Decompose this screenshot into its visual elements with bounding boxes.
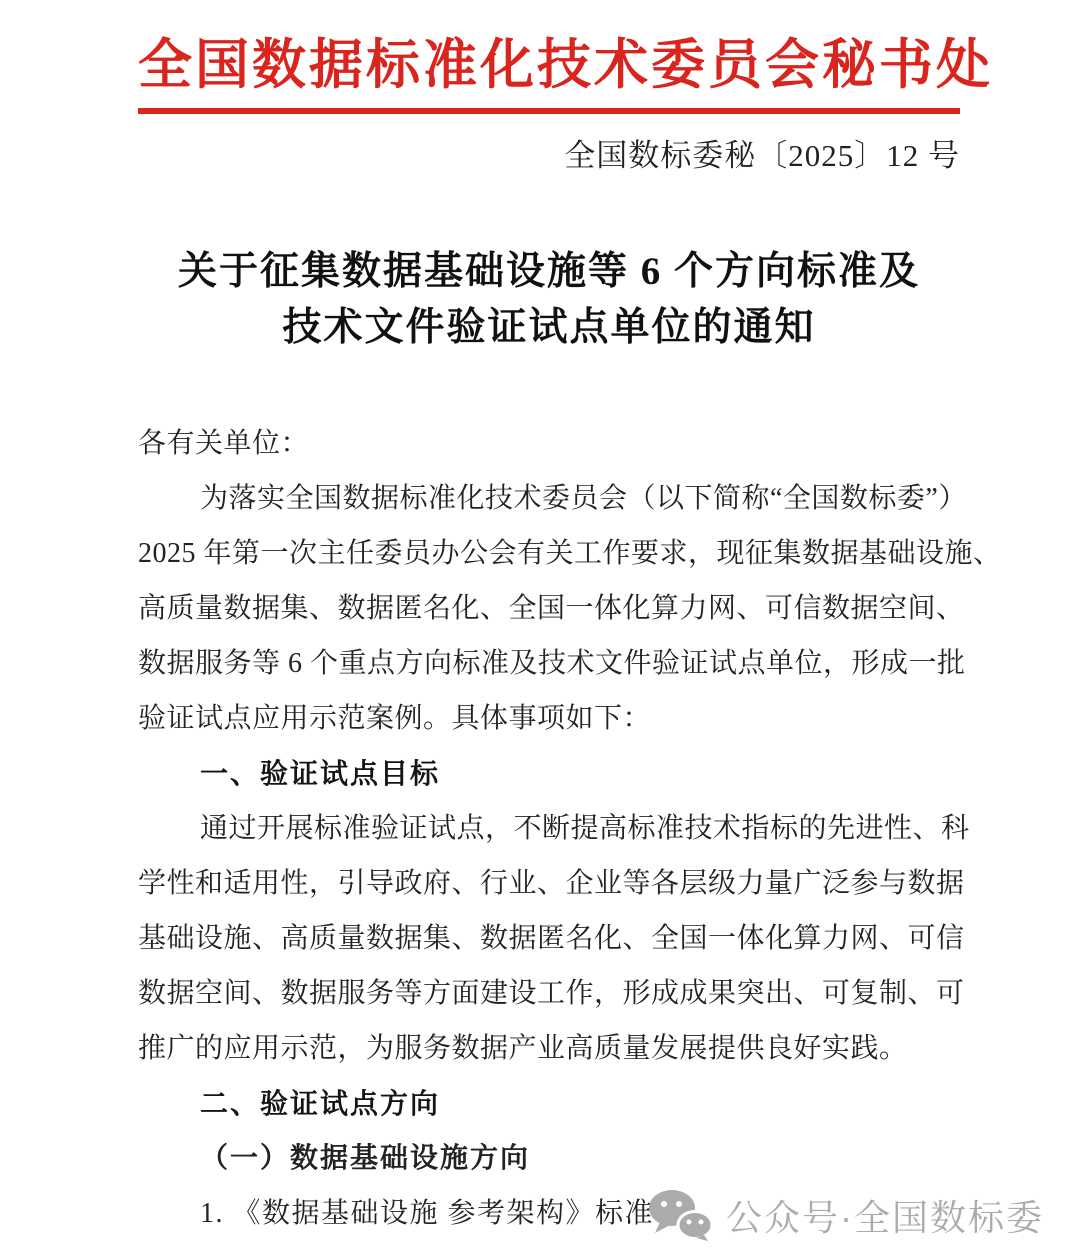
para1-line: 验证试点应用示范案例。具体事项如下： xyxy=(138,691,960,746)
section-1-line: 学性和适用性，引导政府、行业、企业等各层级力量广泛参与数据 xyxy=(138,856,960,911)
document-body: 各有关单位： 为落实全国数据标准化技术委员会（以下简称“全国数标委”） 2025… xyxy=(138,416,960,1241)
section-1-heading: 一、验证试点目标 xyxy=(138,746,960,801)
watermark: 公众号·全国数标委 xyxy=(648,1189,1044,1241)
document-page: 全国数据标准化技术委员会秘书处 全国数标委秘〔2025〕12 号 关于征集数据基… xyxy=(0,0,1080,1257)
section-2-heading: 二、验证试点方向 xyxy=(138,1076,960,1131)
section-1-line: 基础设施、高质量数据集、数据匿名化、全国一体化算力网、可信 xyxy=(138,911,960,966)
section-1-line: 通过开展标准验证试点，不断提高标准技术指标的先进性、科 xyxy=(138,801,960,856)
header-divider xyxy=(138,108,960,114)
document-title-line2: 技术文件验证试点单位的通知 xyxy=(138,300,960,356)
para1-line: 为落实全国数据标准化技术委员会（以下简称“全国数标委”） xyxy=(138,471,960,526)
document-title: 关于征集数据基础设施等 6 个方向标准及 技术文件验证试点单位的通知 xyxy=(138,244,960,356)
para1-line: 高质量数据集、数据匿名化、全国一体化算力网、可信数据空间、 xyxy=(138,581,960,636)
doc-number: 全国数标委秘〔2025〕12 号 xyxy=(138,136,960,176)
salutation: 各有关单位： xyxy=(138,416,960,471)
subsection-1-heading: （一）数据基础设施方向 xyxy=(138,1131,960,1186)
document-content: 全国数据标准化技术委员会秘书处 全国数标委秘〔2025〕12 号 关于征集数据基… xyxy=(138,0,960,1241)
watermark-label: 公众号·全国数标委 xyxy=(726,1190,1044,1241)
para1-line: 2025 年第一次主任委员办公会有关工作要求，现征集数据基础设施、 xyxy=(138,526,960,581)
document-title-line1: 关于征集数据基础设施等 6 个方向标准及 xyxy=(138,244,960,300)
section-1-line: 推广的应用示范，为服务数据产业高质量发展提供良好实践。 xyxy=(138,1021,960,1076)
wechat-icon xyxy=(648,1189,714,1241)
section-1-line: 数据空间、数据服务等方面建设工作，形成成果突出、可复制、可 xyxy=(138,966,960,1021)
para1-line: 数据服务等 6 个重点方向标准及技术文件验证试点单位，形成一批 xyxy=(138,636,960,691)
issuing-org-title: 全国数据标准化技术委员会秘书处 xyxy=(138,34,960,96)
